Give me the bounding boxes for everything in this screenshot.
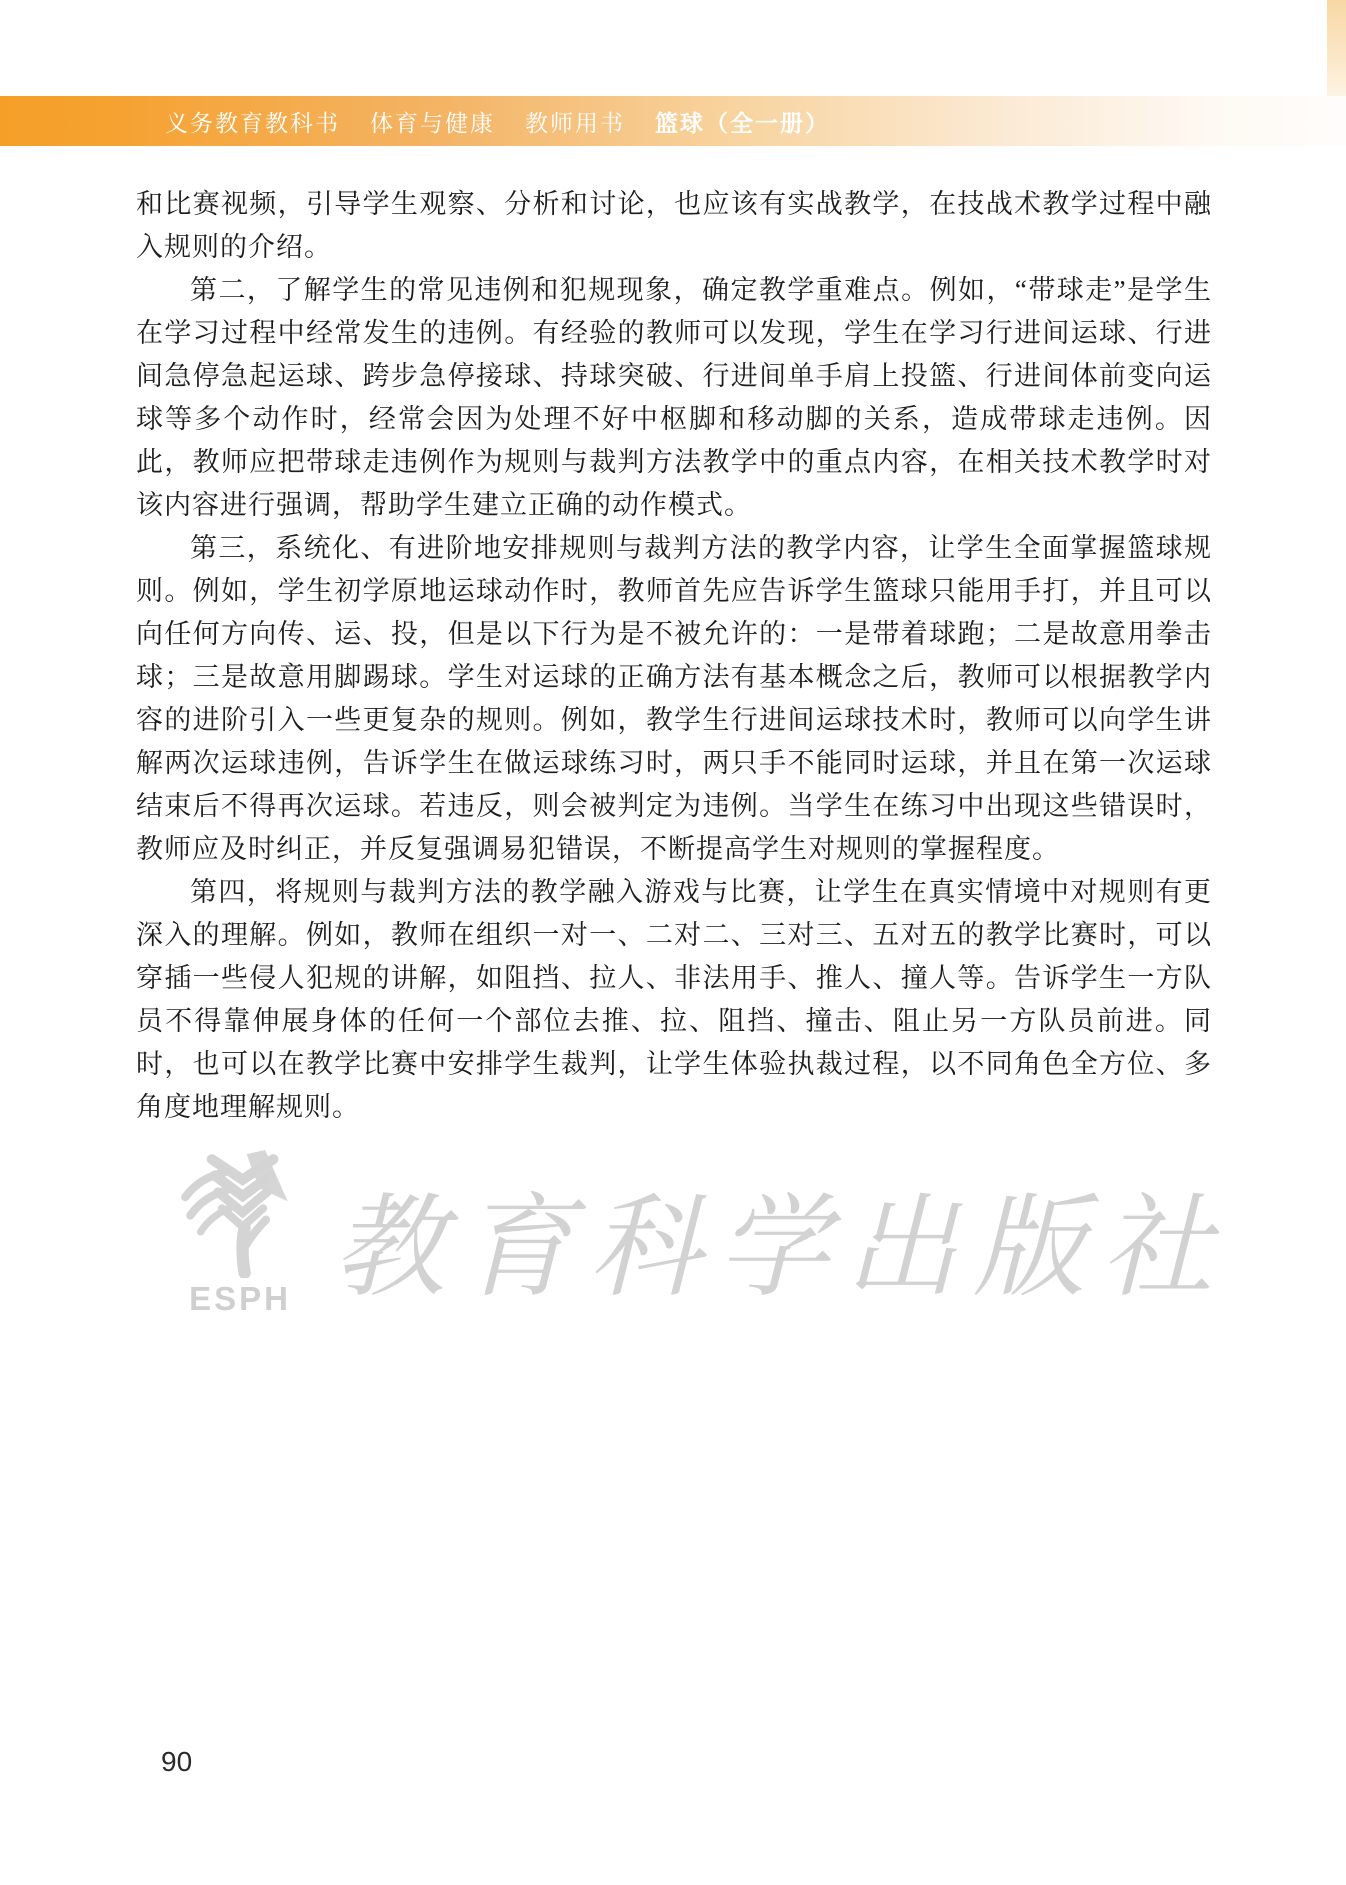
textbook-page: 义务教育教科书 体育与健康 教师用书 篮球（全一册） 和比赛视频，引导学生观察、…	[0, 0, 1346, 1885]
paragraph-second-point: 第二，了解学生的常见违例和犯规现象，确定教学重难点。例如，“带球走”是学生在学习…	[136, 269, 1212, 527]
paragraph-third-point: 第三，系统化、有进阶地安排规则与裁判方法的教学内容，让学生全面掌握篮球规则。例如…	[136, 527, 1212, 871]
header-series: 义务教育教科书	[165, 105, 340, 138]
esph-tree-icon	[165, 1150, 315, 1278]
header-volume: 篮球（全一册）	[655, 105, 830, 138]
header-book-type: 教师用书	[525, 105, 625, 138]
page-body: 和比赛视频，引导学生观察、分析和讨论，也应该有实战教学，在技战术教学过程中融入规…	[136, 183, 1212, 1129]
esph-logo: ESPH	[165, 1150, 315, 1318]
paragraph-continuation: 和比赛视频，引导学生观察、分析和讨论，也应该有实战教学，在技战术教学过程中融入规…	[136, 183, 1212, 269]
esph-logo-text: ESPH	[165, 1280, 315, 1318]
header-subject: 体育与健康	[370, 105, 495, 138]
page-header-band: 义务教育教科书 体育与健康 教师用书 篮球（全一册）	[0, 96, 1346, 146]
paragraph-fourth-point: 第四，将规则与裁判方法的教学融入游戏与比赛，让学生在真实情境中对规则有更深入的理…	[136, 871, 1212, 1129]
publisher-watermark: ESPH 教育科学出版社	[165, 1150, 1195, 1335]
publisher-name-watermark: 教育科学出版社	[333, 1158, 1193, 1319]
page-number: 90	[161, 1746, 192, 1778]
